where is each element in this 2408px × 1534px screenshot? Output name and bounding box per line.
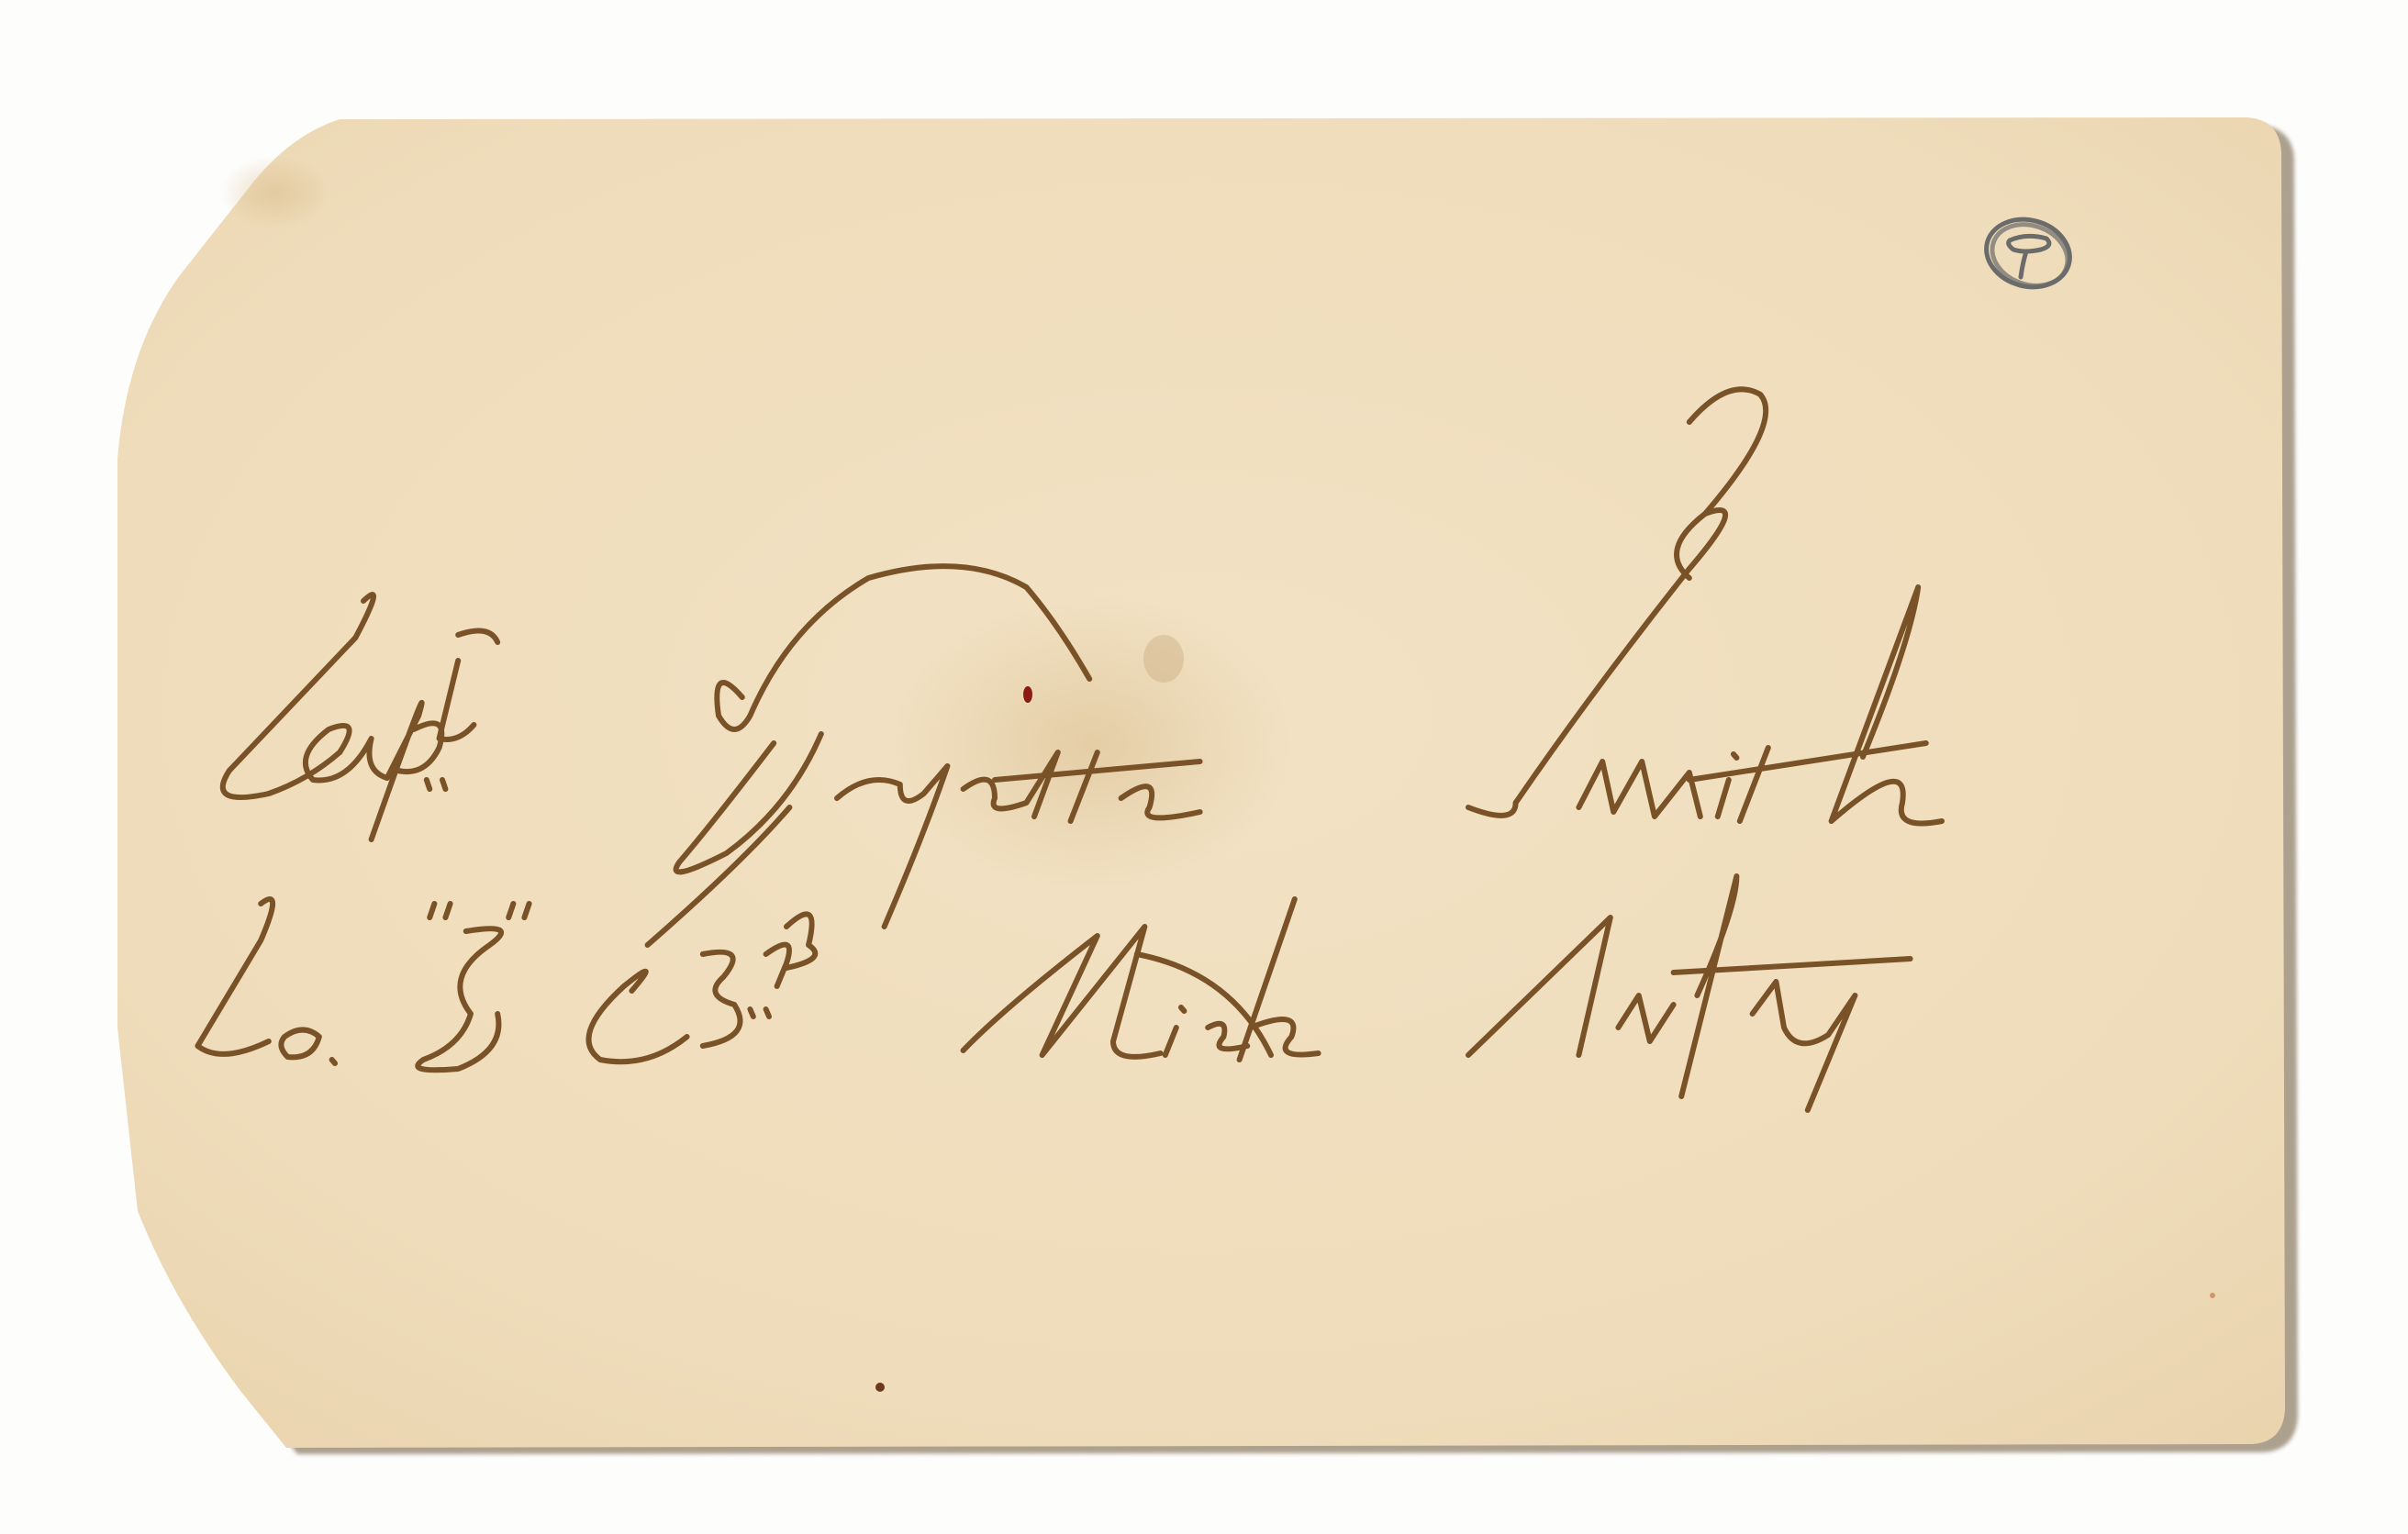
circled-pencil-mark-icon: pencil-drawn circled mark [1980, 213, 2081, 295]
handwritten-tag-card: pencil-drawn circled mark Capt. Fayette … [0, 0, 2408, 1534]
archive-mark-description: pencil-drawn circled mark [1980, 213, 2081, 233]
